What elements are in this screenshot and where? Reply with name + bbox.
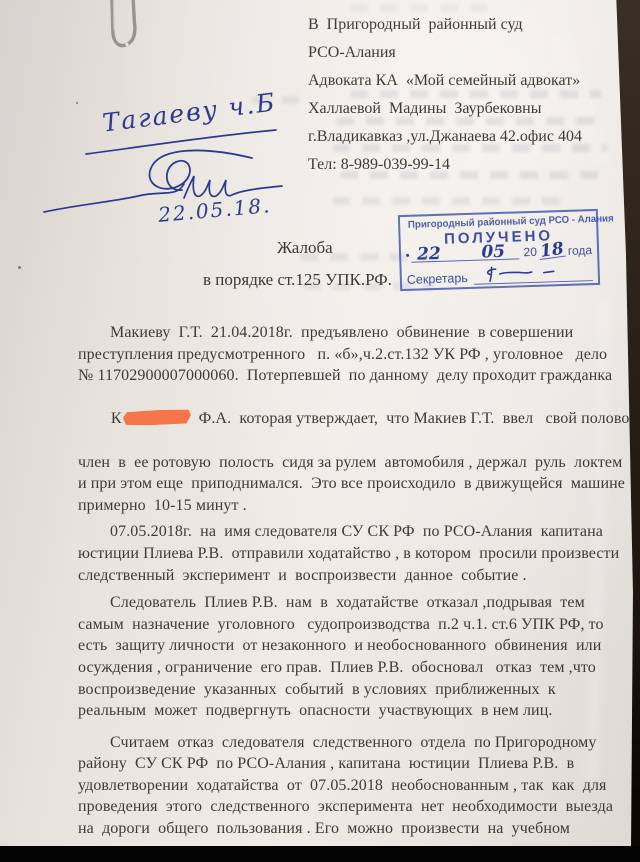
bleedthrough-text bbox=[350, 4, 500, 12]
paper-speck bbox=[76, 102, 78, 104]
text-line: и при этом еще приподнимался. Это все пр… bbox=[78, 473, 623, 495]
header-line: г.Владикавказ ,ул.Джанаева 42.офис 404 bbox=[308, 127, 582, 147]
text-line: району СУ СК РФ по РСО-Алания , капитана… bbox=[78, 753, 623, 775]
paper-speck bbox=[18, 266, 21, 269]
secretary-signature bbox=[473, 264, 593, 285]
stamp-month-handwritten: 05 bbox=[467, 245, 520, 261]
header-line: Тел: 8-989-039-99-14 bbox=[308, 155, 582, 175]
text-line: примерно 10-15 минут . bbox=[78, 495, 623, 517]
bleedthrough-text bbox=[332, 197, 570, 205]
text-line: на дороги общего пользования . Его можно… bbox=[78, 818, 623, 840]
text-line: Считаем отказ следователя следственного … bbox=[78, 732, 623, 754]
redacted-line-rest: Ф.А. которая утверждает, что Макиев Г.Т.… bbox=[199, 410, 639, 427]
handwritten-addressee: Тагаеву ч.Б bbox=[101, 87, 278, 137]
document-subtitle: в порядке ст.125 УПК.РФ. bbox=[203, 270, 392, 290]
text-line: юстиции Плиева Р.В. отправили ходатайств… bbox=[78, 543, 623, 565]
photo-letterbox-bar bbox=[0, 846, 640, 862]
header-line: РСО-Алания bbox=[308, 43, 582, 63]
header-line: Халлаевой Мадины Заурбековны bbox=[308, 99, 582, 119]
text-line-with-redaction: КФ.А. которая утверждает, что Макиев Г.Т… bbox=[78, 387, 623, 452]
text-line: 07.05.2018г. на имя следователя СУ СК РФ… bbox=[78, 521, 623, 543]
stamp-day-handwritten: 22 bbox=[411, 247, 467, 263]
text-line: преступления предусмотренного п. «б»,ч.2… bbox=[78, 344, 623, 366]
stamp-date-row: 22 05 20 18 года bbox=[406, 243, 592, 263]
stamp-secretary-label: Секретарь bbox=[407, 271, 468, 287]
text-line: следственный эксперимент и воспроизвести… bbox=[78, 565, 623, 587]
text-line: удовлетворении ходатайства от 07.05.2018… bbox=[78, 775, 623, 797]
document-body: Макиеву Г.Т. 21.04.2018г. предъявлено об… bbox=[78, 322, 623, 840]
stamp-year-suffix: года bbox=[568, 243, 593, 258]
stamp-year-prefix: 20 bbox=[523, 245, 537, 259]
text-line: самым назначение уголовного судопроизвод… bbox=[78, 614, 623, 636]
text-line: Макиеву Г.Т. 21.04.2018г. предъявлено об… bbox=[78, 322, 623, 344]
text-line: воспроизведение указанных событий в усло… bbox=[78, 679, 623, 701]
handwritten-date: 22.05.18. bbox=[157, 193, 272, 227]
pen-mark bbox=[406, 254, 409, 257]
paperclip-icon bbox=[92, 0, 149, 66]
redacted-line-prefix: К bbox=[111, 410, 122, 427]
redaction-mark bbox=[122, 409, 190, 426]
text-line: реальным может подвергнуть опасности уча… bbox=[78, 700, 623, 722]
court-received-stamp: Пригородный районный суд РСО - Алания ПО… bbox=[398, 209, 600, 291]
text-line: Следователь Плиев Р.В. нам в ходатайстве… bbox=[78, 592, 623, 614]
document-title: Жалоба bbox=[277, 238, 333, 258]
stamp-year-handwritten: 18 bbox=[538, 243, 566, 260]
document-page: В Пригородный районный суд РСО-Алания Ад… bbox=[0, 0, 640, 846]
court-address-block: В Пригородный районный суд РСО-Алания Ад… bbox=[308, 15, 582, 183]
stamp-secretary-row: Секретарь bbox=[407, 264, 593, 287]
photo-of-document: В Пригородный районный суд РСО-Алания Ад… bbox=[0, 0, 640, 862]
text-line: проведения этого следственного экспериме… bbox=[78, 796, 623, 818]
text-line: есть защиту личности от незаконного и не… bbox=[78, 635, 623, 657]
text-line: № 11702900007000060. Потерпевшей по данн… bbox=[78, 365, 623, 387]
header-line: В Пригородный районный суд bbox=[308, 15, 582, 35]
text-line: член в ее ротовую полость сидя за рулем … bbox=[78, 452, 623, 474]
header-line: Адвоката КА «Мой семейный адвокат» bbox=[308, 71, 582, 91]
text-line: осуждения , ограничение его прав. Плиев … bbox=[78, 657, 623, 679]
